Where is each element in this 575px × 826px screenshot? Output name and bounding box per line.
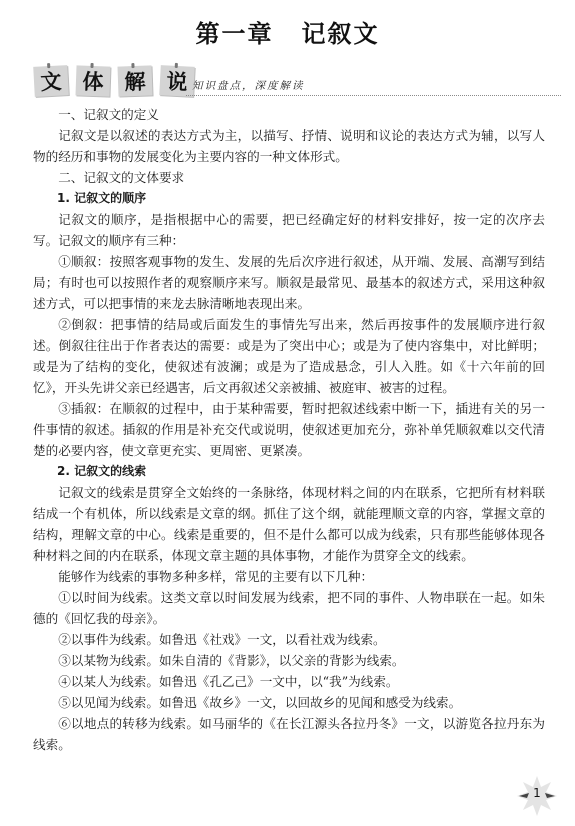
list-item: ⑤以见闻为线索。如鲁迅《故乡》一文，以回故乡的见闻和感受为线索。 (33, 692, 545, 713)
paragraph: 能够作为线索的事物多种多样，常见的主要有以下几种： (33, 566, 545, 587)
paragraph: 记叙文是以叙述的表达方式为主，以描写、抒情、说明和议论的表达方式为辅，以写人物的… (33, 125, 545, 167)
banner-tile: 体 (75, 65, 110, 96)
list-item: ②以事件为线索。如鲁迅《社戏》一文，以看社戏为线索。 (33, 629, 545, 650)
list-item: ①顺叙：按照客观事物的发生、发展的先后次序进行叙述，从开端、发展、高潮写到结局；… (33, 251, 545, 314)
list-item: ④以某人为线索。如鲁迅《孔乙己》一文中，以“我”为线索。 (33, 671, 545, 692)
section-heading-requirements: 二、记叙文的文体要求 (33, 167, 545, 188)
page-number: 1 (517, 776, 557, 816)
list-item: ⑥以地点的转移为线索。如马丽华的《在长江源头各拉丹冬》一文，以游览各拉丹东为线索… (33, 713, 545, 755)
paragraph: 记叙文的顺序，是指根据中心的需要，把已经确定好的材料安排好，按一定的次序去写。记… (33, 209, 545, 251)
page-content: 一、记叙文的定义 记叙文是以叙述的表达方式为主，以描写、抒情、说明和议论的表达方… (33, 104, 545, 755)
subsection-heading-order: 1. 记叙文的顺序 (33, 188, 545, 209)
chapter-title: 第一章记叙文 (0, 14, 575, 49)
list-item: ③以某物为线索。如朱自清的《背影》，以父亲的背影为线索。 (33, 650, 545, 671)
list-item: ②倒叙：把事情的结局或后面发生的事情先写出来，然后再按事件的发展顺序进行叙述。倒… (33, 314, 545, 398)
chapter-name: 记叙文 (302, 20, 380, 48)
chapter-number: 第一章 (196, 20, 274, 48)
section-banner: 文 体 解 说 知识盘点，深度解读 (34, 66, 561, 100)
divider (186, 95, 561, 96)
list-item: ③插叙：在顺叙的过程中，由于某种需要，暂时把叙述线索中断一下，插进有关的另一件事… (33, 398, 545, 461)
paragraph: 记叙文的线索是贯穿全文始终的一条脉络，体现材料之间的内在联系，它把所有材料联结成… (33, 482, 545, 566)
section-heading-definition: 一、记叙文的定义 (33, 104, 545, 125)
banner-tile: 说 (159, 65, 195, 97)
banner-tile: 解 (117, 65, 152, 96)
page-number-label: 1 (517, 786, 557, 800)
banner-tiles: 文 体 解 说 (34, 66, 194, 96)
subsection-heading-clue: 2. 记叙文的线索 (33, 461, 545, 482)
banner-tile: 文 (33, 65, 69, 97)
banner-subtitle: 知识盘点，深度解读 (192, 78, 305, 93)
list-item: ①以时间为线索。这类文章以时间发展为线索，把不同的事件、人物串联在一起。如朱德的… (33, 587, 545, 629)
